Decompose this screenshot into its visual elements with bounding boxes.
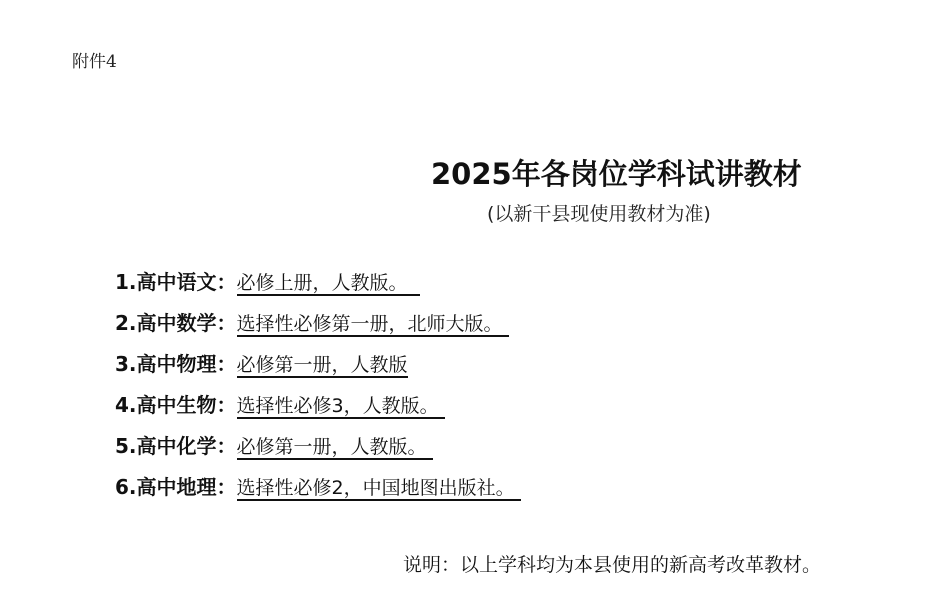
subject-label: 2.高中数学： [115, 307, 237, 336]
subject-label: 5.高中化学： [115, 430, 237, 459]
subject-item-biology: 4.高中生物： 选择性必修3，人教版。 [115, 389, 521, 430]
subject-item-physics: 3.高中物理： 必修第一册，人教版 [115, 348, 521, 389]
subject-label: 4.高中生物： [115, 389, 237, 418]
textbook-value: 必修第一册，人教版。 [237, 436, 433, 460]
explanation-note: 说明：以上学科均为本县使用的新高考改革教材。 [403, 550, 821, 577]
document-subtitle: (以新干县现使用教材为准) [487, 199, 711, 226]
textbook-value: 必修第一册，人教版 [237, 354, 408, 378]
subject-item-math: 2.高中数学： 选择性必修第一册，北师大版。 [115, 307, 521, 348]
attachment-label: 附件4 [72, 47, 117, 72]
subject-list: 1.高中语文： 必修上册，人教版。 2.高中数学： 选择性必修第一册，北师大版。… [115, 266, 521, 512]
subject-item-chinese: 1.高中语文： 必修上册，人教版。 [115, 266, 521, 307]
textbook-value: 必修上册，人教版。 [237, 272, 420, 296]
subject-item-geography: 6.高中地理： 选择性必修2，中国地图出版社。 [115, 471, 521, 512]
textbook-value: 选择性必修3，人教版。 [237, 395, 445, 419]
subject-label: 1.高中语文： [115, 266, 237, 295]
textbook-value: 选择性必修2，中国地图出版社。 [237, 477, 521, 501]
subject-item-chemistry: 5.高中化学： 必修第一册，人教版。 [115, 430, 521, 471]
subject-label: 6.高中地理： [115, 471, 237, 500]
textbook-value: 选择性必修第一册，北师大版。 [237, 313, 509, 337]
subject-label: 3.高中物理： [115, 348, 237, 377]
document-title: 2025年各岗位学科试讲教材 [431, 152, 802, 193]
